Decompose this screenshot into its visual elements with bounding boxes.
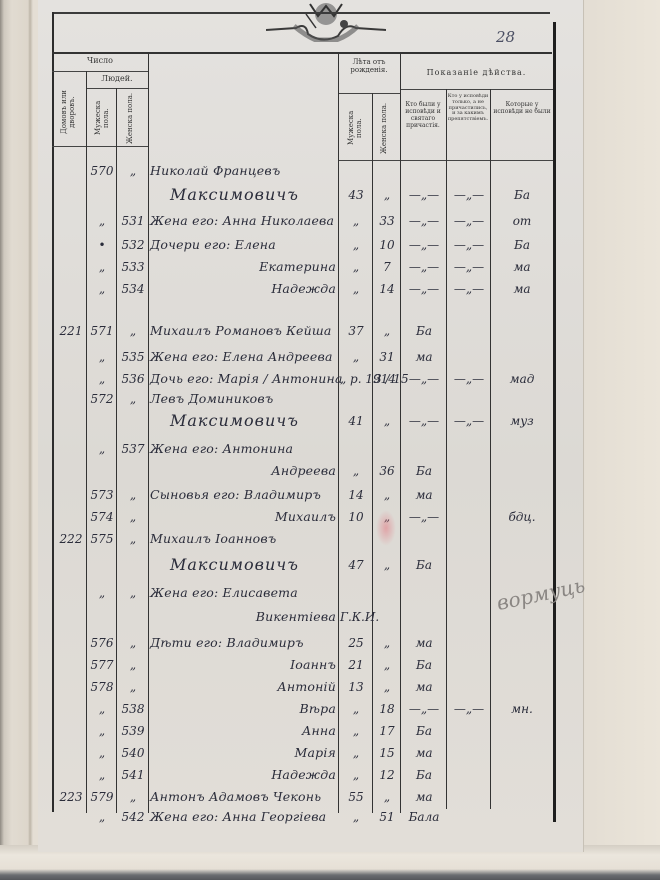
cell-age-m: „ bbox=[340, 258, 372, 276]
cell-name: Викентіева bbox=[150, 608, 336, 626]
cell-female-no: 532 bbox=[118, 236, 148, 254]
cell-c3: ма bbox=[494, 258, 550, 276]
cell-c1: ма bbox=[402, 678, 446, 696]
cell-age-m: „ bbox=[340, 722, 372, 740]
cell-c1: ма bbox=[402, 486, 446, 504]
cell-male-no: „ bbox=[88, 370, 116, 388]
cell-c1: ма bbox=[402, 348, 446, 366]
cell-c3: Ба bbox=[494, 186, 550, 204]
cell-name: Марія bbox=[150, 744, 336, 762]
cell-age-m: 14 bbox=[340, 486, 372, 504]
cell-c3: муз bbox=[494, 412, 550, 430]
cell-c1: ма bbox=[402, 788, 446, 806]
cell-c1: Ба bbox=[402, 462, 446, 480]
cell-c3: мн. bbox=[494, 700, 550, 718]
cell-name: Николай Францевъ bbox=[150, 162, 336, 180]
cell-male-no: 577 bbox=[88, 656, 116, 674]
cell-name: Жена его: Елена Андреева bbox=[150, 348, 336, 366]
cell-age-m: „ bbox=[340, 212, 372, 230]
cell-male-no: • bbox=[88, 236, 116, 254]
header-households: Домовъ или дворовъ. bbox=[60, 80, 76, 144]
cell-age-m: „ bbox=[340, 348, 372, 366]
cell-male-no: „ bbox=[88, 722, 116, 740]
cell-c2: —„— bbox=[448, 700, 490, 718]
frame-top-rule bbox=[52, 12, 550, 14]
cell-age-m: 13 bbox=[340, 678, 372, 696]
table-row: „538Вѣра„18—„——„—мн. bbox=[38, 700, 584, 724]
cell-name: Дѣти его: Владимиръ bbox=[150, 634, 336, 652]
cell-name: Максимовичъ bbox=[150, 412, 336, 430]
page-number: 28 bbox=[496, 28, 515, 46]
table-row: „534Надежда„14—„——„—ма bbox=[38, 280, 584, 304]
header-confession-group: Показаніе дѣйства. bbox=[400, 68, 553, 77]
cell-female-no: „ bbox=[118, 486, 148, 504]
table-row: 577„Іоаннъ21„Ба bbox=[38, 656, 584, 680]
cell-age-f: 18 bbox=[374, 700, 400, 718]
cell-house: 221 bbox=[56, 322, 86, 340]
cell-c1: Ба bbox=[402, 322, 446, 340]
cell-c1: —„— bbox=[402, 508, 446, 526]
cell-female-no: 542 bbox=[118, 808, 148, 826]
header-conf-only: Кто у исповѣди только, а не причастились… bbox=[447, 94, 489, 123]
underlying-page bbox=[580, 0, 660, 860]
cell-name: Жена его: Антонина bbox=[150, 440, 336, 458]
cell-c3: ма bbox=[494, 280, 550, 298]
cell-female-no: 538 bbox=[118, 700, 148, 718]
cell-age-m: 37 bbox=[340, 322, 372, 340]
table-row: „539Анна„17Ба bbox=[38, 722, 584, 746]
cell-age-m: 25 bbox=[340, 634, 372, 652]
cell-age-f: 10 bbox=[374, 236, 400, 254]
cell-c1: —„— bbox=[402, 236, 446, 254]
cell-female-no: 535 bbox=[118, 348, 148, 366]
table-row: „537Жена его: Антонина bbox=[38, 440, 584, 464]
cell-age-f: 31 bbox=[374, 348, 400, 366]
cell-c1: —„— bbox=[402, 212, 446, 230]
header-rule bbox=[52, 71, 148, 72]
cell-c2: —„— bbox=[448, 370, 490, 388]
cell-c3: мад bbox=[494, 370, 550, 388]
cell-age-f: 17 bbox=[374, 722, 400, 740]
cell-age-f: „ bbox=[374, 186, 400, 204]
cell-c1: —„— bbox=[402, 186, 446, 204]
cell-female-no: 531 bbox=[118, 212, 148, 230]
cell-name: Екатерина bbox=[150, 258, 336, 276]
table-row: 572„Левъ Доминиковъ bbox=[38, 390, 584, 414]
cell-age-m: „ bbox=[340, 236, 372, 254]
cell-female-no: 539 bbox=[118, 722, 148, 740]
cell-c1: —„— bbox=[402, 370, 446, 388]
cell-c3: Ба bbox=[494, 236, 550, 254]
cell-female-no: „ bbox=[118, 162, 148, 180]
cell-male-no: „ bbox=[88, 700, 116, 718]
cell-name: Михаилъ bbox=[150, 508, 336, 526]
imperial-eagle-emblem-icon bbox=[266, 0, 386, 42]
cell-name: Вѣра bbox=[150, 700, 336, 718]
cell-age-f: „ bbox=[374, 788, 400, 806]
cell-age-m: „ bbox=[340, 700, 372, 718]
cell-age-f: „ bbox=[374, 678, 400, 696]
cell-name: Максимовичъ bbox=[150, 186, 336, 204]
table-row: Максимовичъ41„—„——„—муз bbox=[38, 412, 584, 436]
header-rule bbox=[86, 88, 148, 89]
header-chislo: Число bbox=[52, 56, 148, 65]
cell-age-f: 51 bbox=[374, 808, 400, 826]
header-female: Женска пола. bbox=[126, 92, 134, 144]
cell-c1: Бала bbox=[402, 808, 446, 826]
cell-age-m: 43 bbox=[340, 186, 372, 204]
header-age-group: Лѣта отъ рожденія. bbox=[338, 58, 400, 74]
cell-c1: Ба bbox=[402, 556, 446, 574]
cell-age-f: 3 / 15 bbox=[374, 370, 400, 388]
table-row: Андреева„36Ба bbox=[38, 462, 584, 486]
cell-c1: Ба bbox=[402, 722, 446, 740]
header-lyudey: Людей. bbox=[86, 74, 148, 83]
cell-age-m: „ bbox=[340, 280, 372, 298]
cell-c1: Ба bbox=[402, 656, 446, 674]
cell-c2: —„— bbox=[448, 280, 490, 298]
header-rule bbox=[52, 146, 148, 147]
cell-age-m: „ bbox=[340, 744, 372, 762]
cell-male-no: „ bbox=[88, 212, 116, 230]
table-row: Максимовичъ43„—„——„—Ба bbox=[38, 186, 584, 210]
cell-c3: от bbox=[494, 212, 550, 230]
cell-male-no: „ bbox=[88, 766, 116, 784]
cell-female-no: „ bbox=[118, 508, 148, 526]
cell-c1: —„— bbox=[402, 280, 446, 298]
cell-name: Максимовичъ bbox=[150, 556, 336, 574]
table-row: „541Надежда„12Ба bbox=[38, 766, 584, 790]
cell-age-f: „ bbox=[374, 486, 400, 504]
cell-c1: —„— bbox=[402, 258, 446, 276]
cell-name: Антоній bbox=[150, 678, 336, 696]
cell-age-f: 14 bbox=[374, 280, 400, 298]
cell-male-no: 570 bbox=[88, 162, 116, 180]
cell-female-no: 533 bbox=[118, 258, 148, 276]
cell-male-no: 579 bbox=[88, 788, 116, 806]
header-rule bbox=[338, 93, 400, 94]
cell-name: Надежда bbox=[150, 280, 336, 298]
header-rule bbox=[400, 89, 553, 90]
header-male: Мужеска пола. bbox=[94, 92, 110, 144]
header-conf-both: Кто были у исповѣди и святаго причастія. bbox=[402, 102, 444, 130]
table-row: 576„Дѣти его: Владимиръ25„ма bbox=[38, 634, 584, 658]
cell-age-m: „ bbox=[340, 462, 372, 480]
table-row: 221571„Михаилъ Романовъ Кейша37„Ба bbox=[38, 322, 584, 346]
cell-male-no: 571 bbox=[88, 322, 116, 340]
header-conf-none: Которые у исповѣди не были bbox=[492, 102, 552, 116]
cell-female-no: „ bbox=[118, 390, 148, 408]
table-row: „540Марія„15ма bbox=[38, 744, 584, 768]
cell-name: Левъ Доминиковъ bbox=[150, 390, 336, 408]
cell-age-m: 47 bbox=[340, 556, 372, 574]
cell-name: Михаилъ Іоанновъ bbox=[150, 530, 336, 548]
cell-female-no: „ bbox=[118, 584, 148, 602]
cell-male-no: „ bbox=[88, 808, 116, 826]
cell-c1: ма bbox=[402, 634, 446, 652]
cell-female-no: 540 bbox=[118, 744, 148, 762]
cell-age-m: 55 bbox=[340, 788, 372, 806]
cell-male-no: 576 bbox=[88, 634, 116, 652]
cell-name: Дочери его: Елена bbox=[150, 236, 336, 254]
cell-age-f: „ bbox=[374, 656, 400, 674]
cell-name: Дочь его: Марія / Антонина bbox=[150, 370, 336, 388]
cell-male-no: „ bbox=[88, 348, 116, 366]
table-row: „535Жена его: Елена Андреева„31ма bbox=[38, 348, 584, 372]
table-row: 222575„Михаилъ Іоанновъ bbox=[38, 530, 584, 554]
cell-name: Жена его: Елисавета bbox=[150, 584, 336, 602]
cell-age-m: Г.К.И. bbox=[340, 608, 372, 626]
cell-age-m: 21 bbox=[340, 656, 372, 674]
cell-male-no: „ bbox=[88, 744, 116, 762]
table-row: „533Екатерина„7—„——„—ма bbox=[38, 258, 584, 282]
cell-female-no: „ bbox=[118, 322, 148, 340]
cell-name: Жена его: Анна Георгіева bbox=[150, 808, 336, 826]
cell-name: Андреева bbox=[150, 462, 336, 480]
table-row: •532Дочери его: Елена„10—„——„—Ба bbox=[38, 236, 584, 260]
cell-age-f: 15 bbox=[374, 744, 400, 762]
cell-age-m: „ bbox=[340, 766, 372, 784]
table-row: „531Жена его: Анна Николаева„33—„——„—от bbox=[38, 212, 584, 236]
cell-male-no: 578 bbox=[88, 678, 116, 696]
cell-female-no: „ bbox=[118, 634, 148, 652]
cell-house: 222 bbox=[56, 530, 86, 548]
cell-c2: —„— bbox=[448, 412, 490, 430]
cell-female-no: 541 bbox=[118, 766, 148, 784]
cell-name: Михаилъ Романовъ Кейша bbox=[150, 322, 336, 340]
cell-female-no: 537 bbox=[118, 440, 148, 458]
cell-c2: —„— bbox=[448, 186, 490, 204]
table-row: 578„Антоній13„ма bbox=[38, 678, 584, 702]
table-row: 574„Михаилъ10„—„—бдц. bbox=[38, 508, 584, 532]
cell-c3: бдц. bbox=[494, 508, 550, 526]
cell-female-no: „ bbox=[118, 530, 148, 548]
cell-age-f: 12 bbox=[374, 766, 400, 784]
cell-male-no: 575 bbox=[88, 530, 116, 548]
cell-female-no: 536 bbox=[118, 370, 148, 388]
cell-age-m: „ bbox=[340, 808, 372, 826]
cell-male-no: „ bbox=[88, 440, 116, 458]
cell-female-no: „ bbox=[118, 678, 148, 696]
cell-male-no: 573 bbox=[88, 486, 116, 504]
cell-house: 223 bbox=[56, 788, 86, 806]
cell-male-no: 574 bbox=[88, 508, 116, 526]
header-top-rule bbox=[52, 52, 552, 54]
header-age-male: Мужеска пола. bbox=[347, 100, 363, 156]
cell-female-no: „ bbox=[118, 656, 148, 674]
cell-age-f: „ bbox=[374, 322, 400, 340]
cell-c2: —„— bbox=[448, 258, 490, 276]
cell-age-m: 41 bbox=[340, 412, 372, 430]
book-binding bbox=[0, 0, 40, 880]
cell-male-no: 572 bbox=[88, 390, 116, 408]
cell-female-no: 534 bbox=[118, 280, 148, 298]
cell-c1: ма bbox=[402, 744, 446, 762]
table-row: Максимовичъ47„Ба bbox=[38, 556, 584, 580]
cell-c1: —„— bbox=[402, 412, 446, 430]
cell-age-f: 7 bbox=[374, 258, 400, 276]
table-row: „542Жена его: Анна Георгіева„51Бала bbox=[38, 808, 584, 832]
cell-name: Антонъ Адамовъ Чеконь bbox=[150, 788, 336, 806]
cell-c1: Ба bbox=[402, 766, 446, 784]
cell-age-f: „ bbox=[374, 556, 400, 574]
cell-age-f: „ bbox=[374, 634, 400, 652]
cell-name: Анна bbox=[150, 722, 336, 740]
cell-age-f: 36 bbox=[374, 462, 400, 480]
cell-female-no: „ bbox=[118, 788, 148, 806]
cell-age-m: 10 bbox=[340, 508, 372, 526]
cell-c1: —„— bbox=[402, 700, 446, 718]
cell-age-m: „ р. 1914 bbox=[340, 370, 372, 388]
table-row: 573„Сыновья его: Владимиръ14„ма bbox=[38, 486, 584, 510]
cell-name: Іоаннъ bbox=[150, 656, 336, 674]
table-row: 570„Николай Францевъ bbox=[38, 162, 584, 186]
cell-age-f: „ bbox=[374, 412, 400, 430]
cell-male-no: „ bbox=[88, 280, 116, 298]
cell-name: Сыновья его: Владимиръ bbox=[150, 486, 336, 504]
cell-name: Жена его: Анна Николаева bbox=[150, 212, 336, 230]
cell-male-no: „ bbox=[88, 258, 116, 276]
register-page: 28 Число Людей. Домовъ или дворовъ. Муже… bbox=[38, 0, 584, 852]
cell-c2: —„— bbox=[448, 212, 490, 230]
header-age-female: Женска пола. bbox=[380, 100, 388, 156]
cell-c2: —„— bbox=[448, 236, 490, 254]
red-stamp-mark bbox=[376, 510, 396, 546]
cell-age-f: 33 bbox=[374, 212, 400, 230]
cell-male-no: „ bbox=[88, 584, 116, 602]
cell-name: Надежда bbox=[150, 766, 336, 784]
